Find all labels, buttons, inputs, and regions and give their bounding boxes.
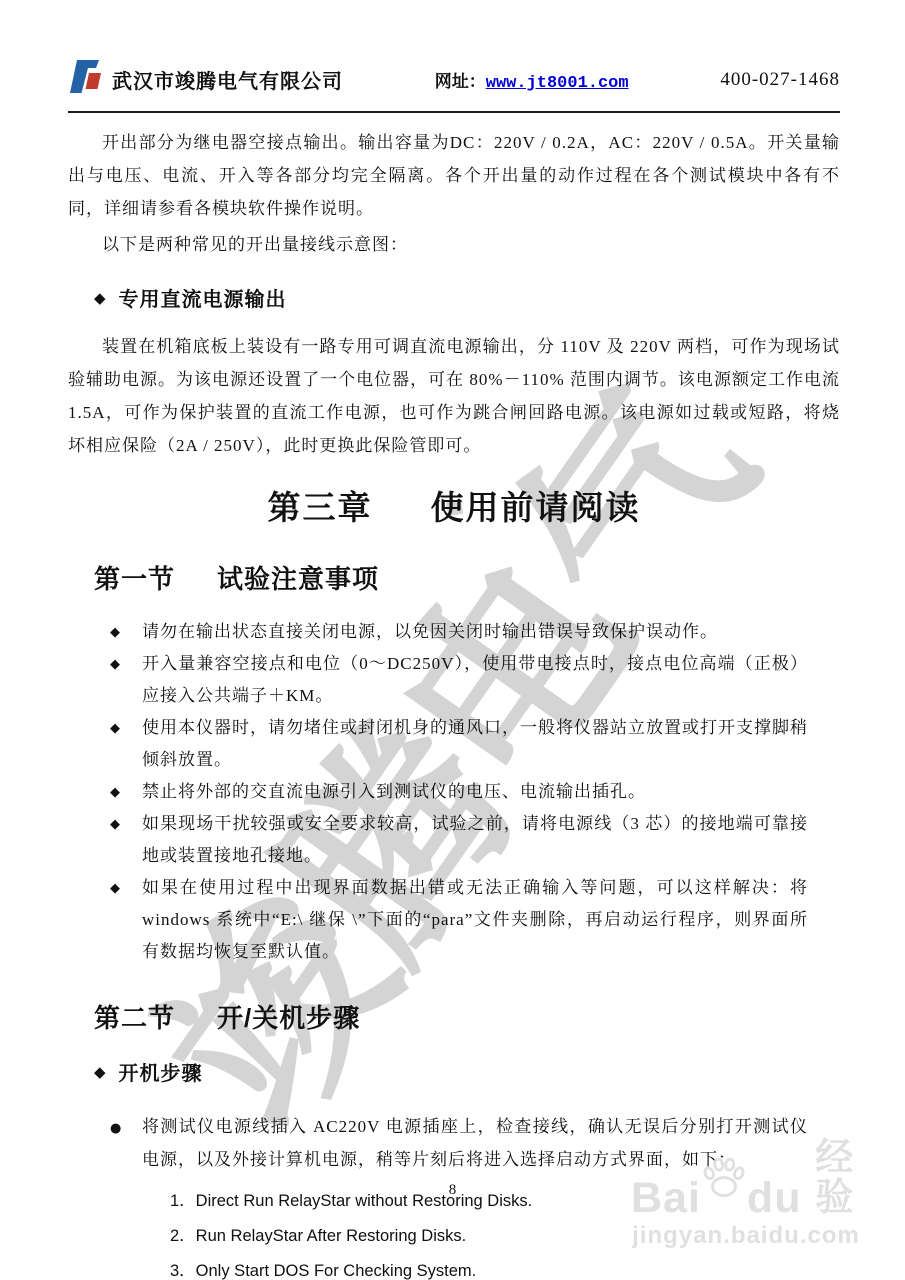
- website-url-link[interactable]: www.jt8001.com: [486, 74, 629, 93]
- document-body: 开出部分为继电器空接点输出。输出容量为DC：220V / 0.2A，AC：220…: [68, 126, 840, 1280]
- baidu-brand: Bai du 经验: [631, 1138, 861, 1218]
- page-header: 武汉市竣腾电气有限公司 网址：www.jt8001.com 400-027-14…: [68, 58, 840, 113]
- note-text: 使用本仪器时，请勿堵住或封闭机身的通风口，一般将仪器站立放置或打开支撑脚稍倾斜放…: [142, 718, 808, 769]
- note-text: 如果现场干扰较强或安全要求较高，试验之前，请将电源线（3 芯）的接地端可靠接地或…: [142, 814, 808, 865]
- note-text: 禁止将外部的交直流电源引入到测试仪的电压、电流输出插孔。: [142, 782, 646, 801]
- test-notes-list: ◆ 请勿在输出状态直接关闭电源，以免因关闭时输出错误导致保护误动作。 ◆ 开入量…: [108, 616, 808, 968]
- note-item: ◆ 请勿在输出状态直接关闭电源，以免因关闭时输出错误导致保护误动作。: [108, 616, 808, 648]
- diamond-bullet-icon: ◆: [110, 649, 121, 681]
- website-field: 网址：www.jt8001.com: [435, 67, 629, 93]
- diamond-bullet-icon: ◆: [110, 873, 121, 905]
- note-item: ◆ 如果现场干扰较强或安全要求较高，试验之前，请将电源线（3 芯）的接地端可靠接…: [108, 808, 808, 872]
- diamond-bullet-icon: ◆: [110, 713, 121, 745]
- company-logo-icon: [68, 58, 104, 101]
- section1-title: 第一节试验注意事项: [94, 559, 840, 596]
- note-item: ◆ 如果在使用过程中出现界面数据出错或无法正确输入等问题，可以这样解决：将 wi…: [108, 872, 808, 968]
- heading-dc-power-output: ◆ 专用直流电源输出: [94, 283, 840, 312]
- boot-option: 3．Only Start DOS For Checking System.: [170, 1261, 840, 1280]
- circle-bullet-icon: ●: [110, 1112, 122, 1145]
- heading-power-on-steps: ◆ 开机步骤: [94, 1057, 840, 1086]
- phone-number: 400-027-1468: [720, 69, 840, 91]
- chapter-name: 使用前请阅读: [431, 489, 641, 526]
- diamond-bullet-icon: ◆: [110, 777, 121, 809]
- baidu-brand-cn: 经验: [807, 1138, 861, 1218]
- heading-dc-power-output-label: 专用直流电源输出: [119, 283, 287, 312]
- section1-number: 第一节: [94, 564, 175, 594]
- note-item: ◆ 开入量兼容空接点和电位（0～DC250V），使用带电接点时，接点电位高端（正…: [108, 648, 808, 712]
- note-text: 请勿在输出状态直接关闭电源，以免因关闭时输出错误导致保护误动作。: [142, 622, 718, 641]
- paragraph-output-capacity: 开出部分为继电器空接点输出。输出容量为DC：220V / 0.2A，AC：220…: [68, 126, 840, 225]
- section2-title: 第二节开/关机步骤: [94, 998, 840, 1035]
- company-name: 武汉市竣腾电气有限公司: [112, 65, 343, 94]
- chapter-title: 第三章使用前请阅读: [68, 482, 840, 529]
- baidu-brand-right: du: [747, 1178, 802, 1218]
- diamond-icon: ◆: [94, 289, 107, 307]
- paragraph-dc-power: 装置在机箱底板上装设有一路专用可调直流电源输出，分 110V 及 220V 两档…: [68, 330, 840, 462]
- section1-name: 试验注意事项: [217, 564, 379, 594]
- diamond-bullet-icon: ◆: [110, 617, 121, 649]
- document-page: 竣腾电气 武汉市竣腾电气有限公司 网址：www.jt8001.com 400-0…: [0, 0, 905, 1280]
- header-left: 武汉市竣腾电气有限公司: [68, 58, 343, 101]
- note-item: ◆ 禁止将外部的交直流电源引入到测试仪的电压、电流输出插孔。: [108, 776, 808, 808]
- baidu-jingyan-watermark: Bai du 经验 jingyan.baidu.com: [631, 1138, 861, 1250]
- heading-power-on-label: 开机步骤: [119, 1057, 203, 1086]
- paragraph-diagram-intro: 以下是两种常见的开出量接线示意图：: [68, 228, 840, 261]
- diamond-bullet-icon: ◆: [110, 809, 121, 841]
- note-text: 如果在使用过程中出现界面数据出错或无法正确输入等问题，可以这样解决：将 wind…: [142, 878, 808, 961]
- section2-number: 第二节: [94, 1003, 175, 1033]
- note-text: 开入量兼容空接点和电位（0～DC250V），使用带电接点时，接点电位高端（正极）…: [142, 654, 808, 705]
- baidu-url: jingyan.baidu.com: [631, 1222, 861, 1250]
- note-item: ◆ 使用本仪器时，请勿堵住或封闭机身的通风口，一般将仪器站立放置或打开支撑脚稍倾…: [108, 712, 808, 776]
- baidu-brand-left: Bai: [631, 1178, 701, 1218]
- website-label: 网址：: [435, 72, 486, 91]
- section2-name: 开/关机步骤: [217, 1003, 360, 1033]
- diamond-icon: ◆: [94, 1063, 107, 1081]
- chapter-number: 第三章: [268, 489, 373, 526]
- baidu-paw-icon: [702, 1157, 746, 1204]
